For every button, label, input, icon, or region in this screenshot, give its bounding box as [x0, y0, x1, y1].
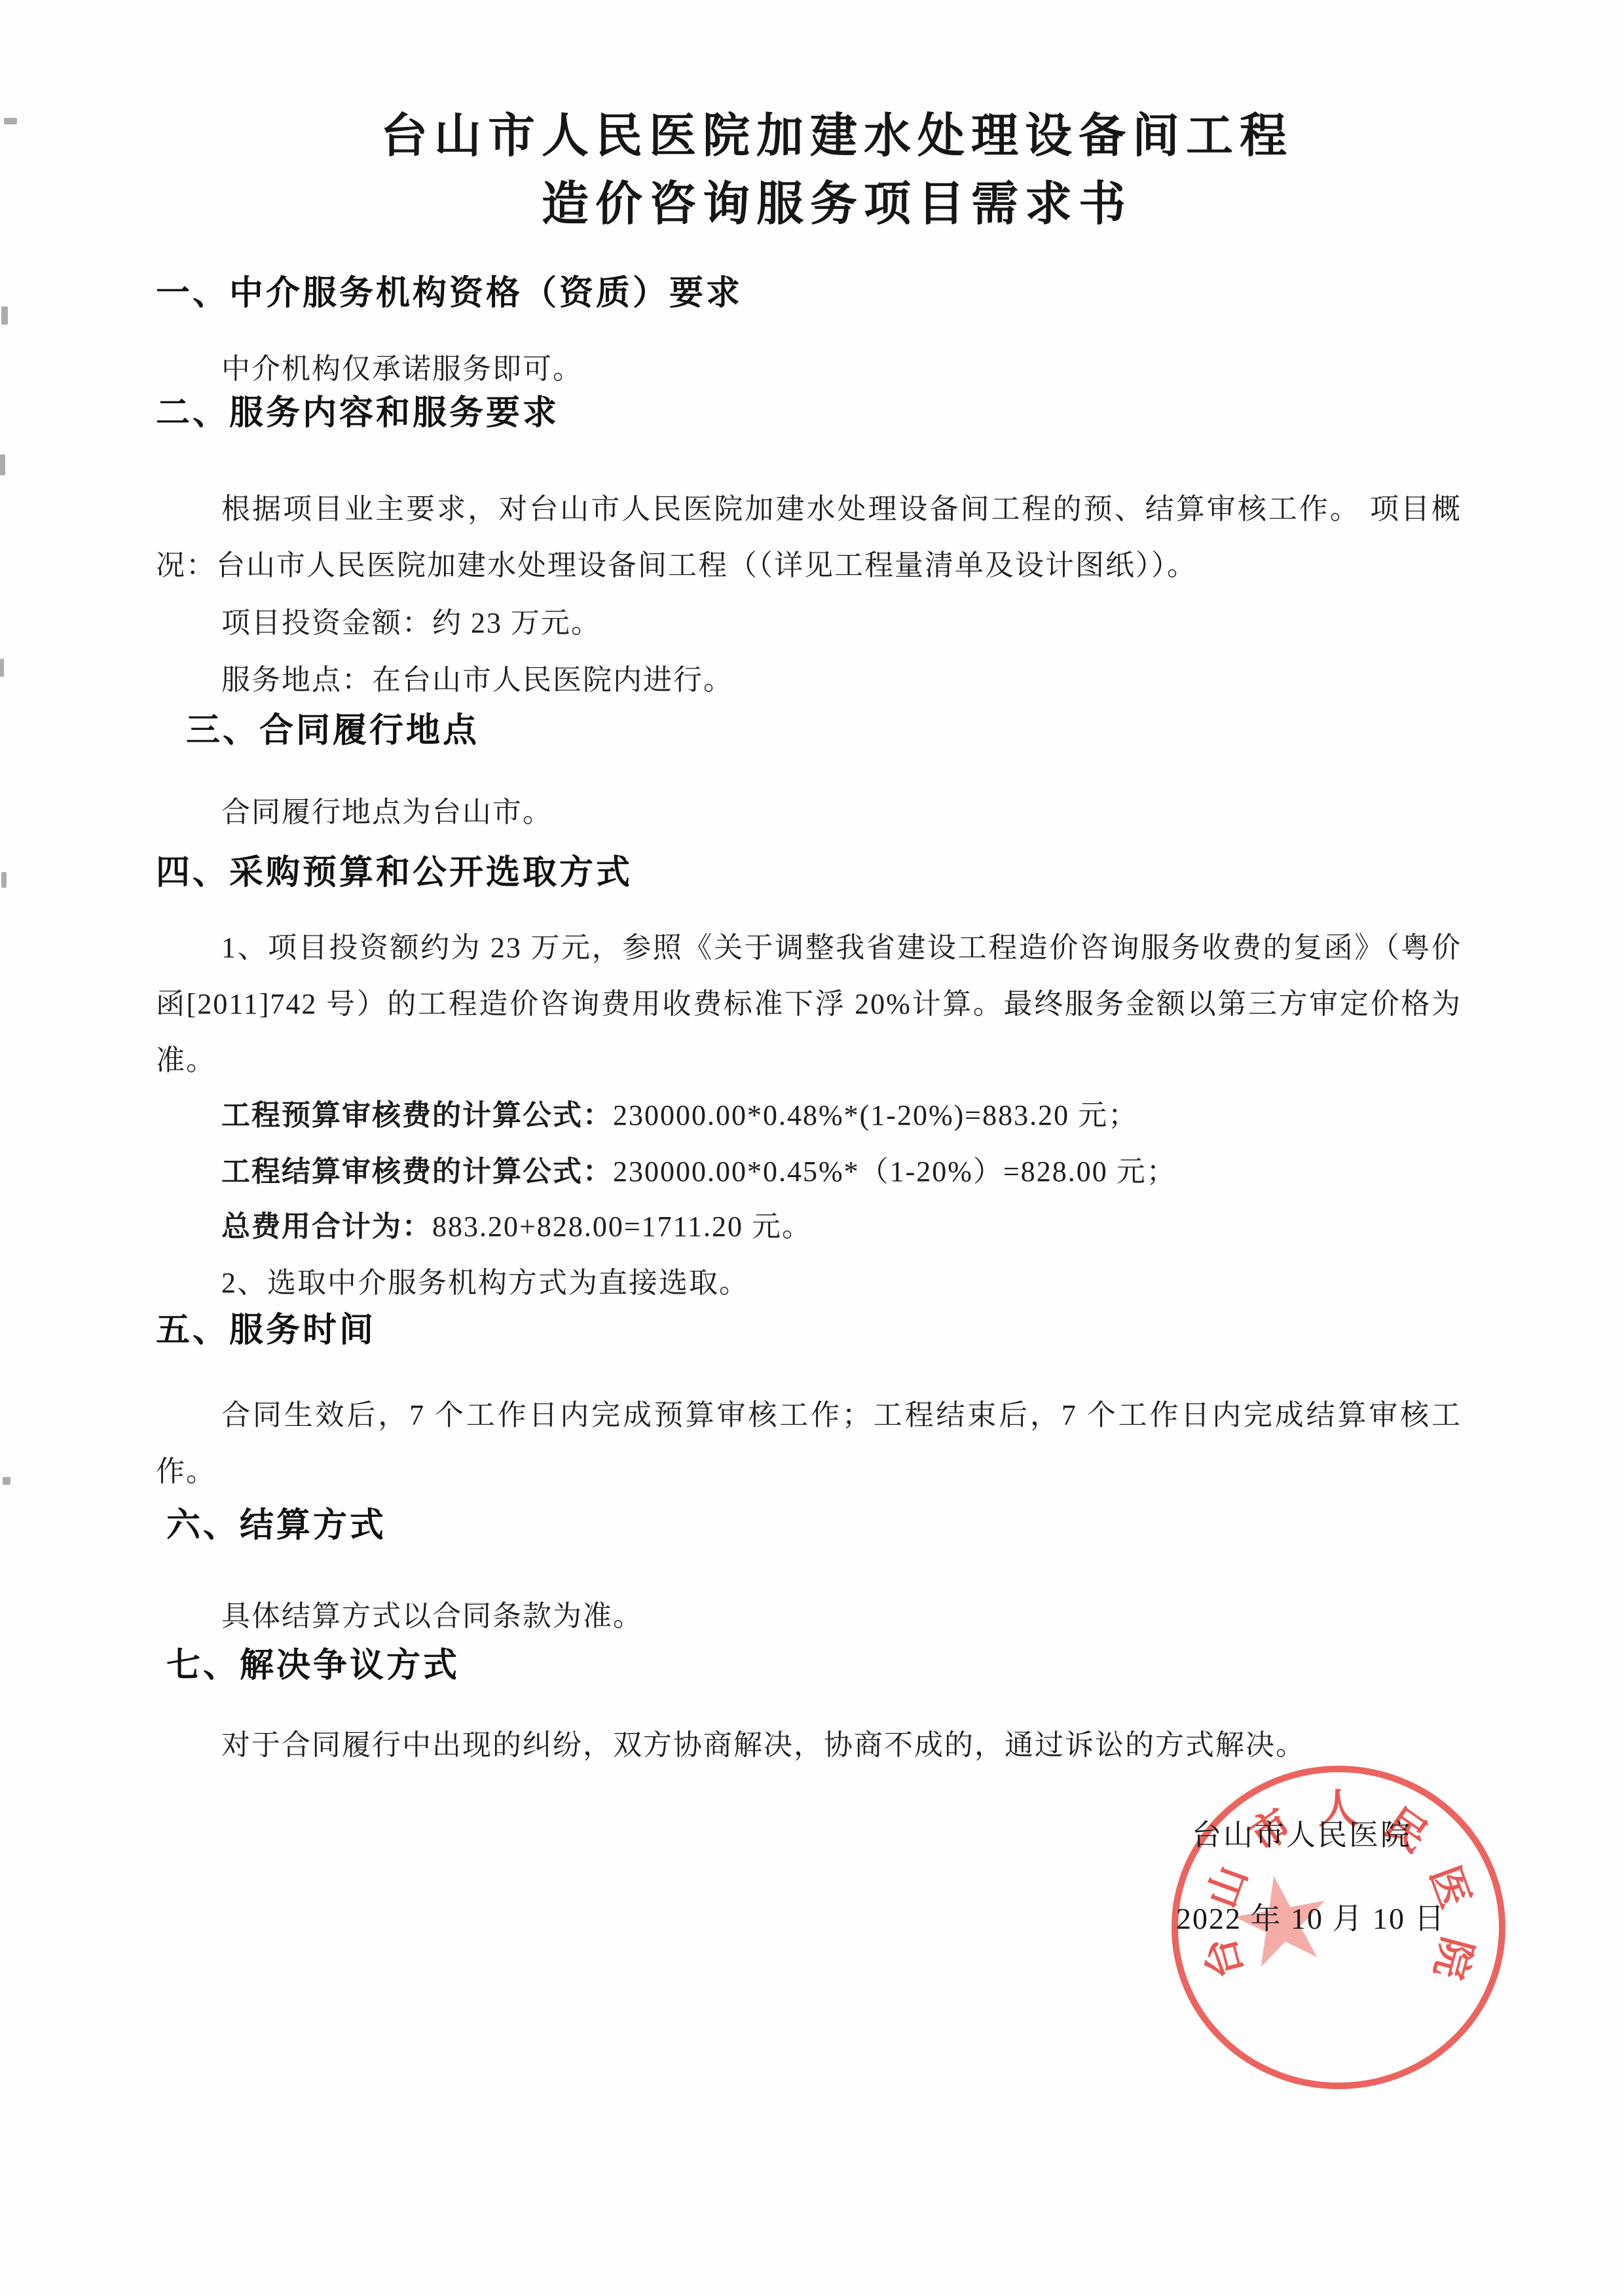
total-fee-line: 总费用合计为：883.20+828.00=1711.20 元。: [156, 1199, 1462, 1255]
section-7-number: 七、: [166, 1647, 240, 1685]
formula-1-value: 230000.00*0.48%*(1-20%)=883.20 元；: [613, 1099, 1138, 1131]
section-2-number: 二、: [156, 394, 229, 432]
formula-2-label: 工程结算审核费的计算公式：: [221, 1156, 613, 1188]
svg-text:院: 院: [1426, 1933, 1480, 1984]
budget-review-fee-formula: 工程预算审核费的计算公式：230000.00*0.48%*(1-20%)=883…: [156, 1087, 1462, 1144]
document-title-line2: 造价咨询服务项目需求书: [25, 172, 1624, 237]
section-5-heading: 五、服务时间: [156, 1307, 1462, 1354]
section-3-number: 三、: [186, 712, 259, 750]
section-3-heading: 三、合同履行地点: [186, 707, 1492, 754]
signature-date: 2022 年 10 月 10 日: [1176, 1895, 1446, 1938]
scan-artifact: [1, 306, 8, 325]
formula-1-label: 工程预算审核费的计算公式：: [221, 1099, 613, 1131]
section-3-title: 合同履行地点: [259, 712, 479, 750]
scanned-document-page: 台山市人民医院加建水处理设备间工程 造价咨询服务项目需求书 一、中介服务机构资格…: [0, 0, 1624, 2296]
scan-artifact: [0, 454, 5, 475]
section-2-paragraph-3: 服务地点：在台山市人民医院内进行。: [156, 652, 1462, 708]
section-1-heading: 一、中介服务机构资格（资质）要求: [156, 270, 1462, 317]
section-2-title: 服务内容和服务要求: [229, 394, 559, 432]
section-7-title: 解决争议方式: [240, 1647, 460, 1685]
section-4-paragraph-2: 2、选取中介服务机构方式为直接选取。: [156, 1255, 1462, 1311]
section-4-title: 采购预算和公开选取方式: [229, 854, 633, 892]
section-6-paragraph: 具体结算方式以合同条款为准。: [156, 1588, 1462, 1645]
section-5-paragraph: 合同生效后，7 个工作日内完成预算审核工作；工程结束后，7 个工作日内完成结算审…: [156, 1387, 1462, 1500]
section-6-number: 六、: [166, 1506, 240, 1544]
section-3-paragraph: 合同履行地点为台山市。: [156, 784, 1462, 841]
total-fee-value: 883.20+828.00=1711.20 元。: [432, 1211, 812, 1243]
signature-organization: 台山市人民医院: [1192, 1811, 1412, 1853]
document-title-line1: 台山市人民医院加建水处理设备间工程: [25, 103, 1624, 169]
section-5-title: 服务时间: [229, 1311, 376, 1349]
section-2-heading: 二、服务内容和服务要求: [156, 390, 1462, 437]
section-4-paragraph-1: 1、项目投资额约为 23 万元，参照《关于调整我省建设工程造价咨询服务收费的复函…: [156, 920, 1462, 1089]
section-7-heading: 七、解决争议方式: [166, 1642, 1472, 1689]
section-6-title: 结算方式: [240, 1506, 386, 1544]
scan-artifact: [4, 118, 17, 124]
scan-artifact: [3, 1477, 10, 1485]
formula-2-value: 230000.00*0.45%*（1-20%）=828.00 元；: [613, 1156, 1177, 1188]
section-2-paragraph-2: 项目投资金额：约 23 万元。: [156, 595, 1462, 651]
scan-artifact: [0, 659, 4, 677]
section-1-title: 中介服务机构资格（资质）要求: [229, 274, 743, 312]
section-1-number: 一、: [156, 274, 229, 312]
section-6-heading: 六、结算方式: [166, 1502, 1472, 1549]
svg-text:台: 台: [1197, 1933, 1251, 1984]
scan-artifact: [1, 872, 7, 888]
total-fee-label: 总费用合计为：: [221, 1211, 432, 1243]
section-4-number: 四、: [156, 854, 229, 892]
settlement-review-fee-formula: 工程结算审核费的计算公式：230000.00*0.45%*（1-20%）=828…: [156, 1144, 1462, 1200]
section-2-paragraph-1: 根据项目业主要求，对台山市人民医院加建水处理设备间工程的预、结算审核工作。 项目…: [156, 481, 1462, 594]
section-4-heading: 四、采购预算和公开选取方式: [156, 849, 1462, 896]
section-5-number: 五、: [156, 1311, 229, 1349]
